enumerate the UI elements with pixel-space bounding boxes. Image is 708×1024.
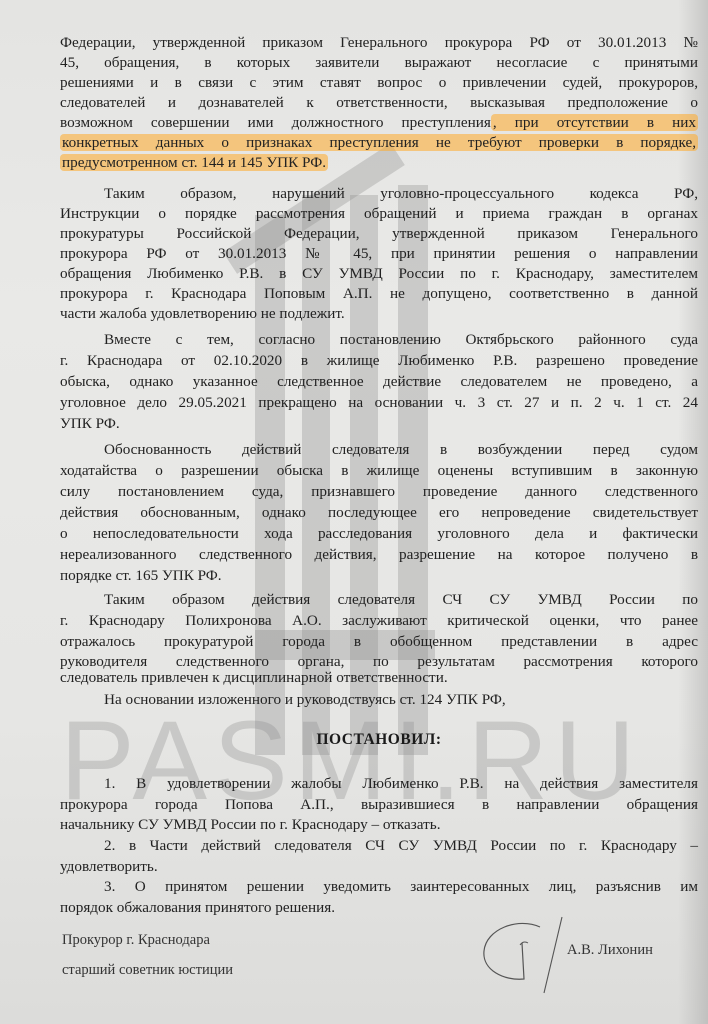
text-line: г. Краснодару Полихронова А.О. заслужива…: [60, 611, 698, 631]
text-line: силу постановлением суда, признавшего пр…: [60, 482, 698, 502]
text-line: прокурора г. Краснодара Поповым А.П. не …: [60, 284, 698, 304]
highlighted-text: , при отсутствии в них: [491, 114, 698, 131]
text-plain: возможном совершении ими должностного пр…: [60, 114, 491, 131]
text-line: части жалоба удовлетворению не подлежит.: [60, 304, 698, 324]
text-line: Таким образом, нарушений уголовно-процес…: [104, 184, 698, 204]
text-line: г. Краснодара от 02.10.2020 в жилище Люб…: [60, 351, 698, 371]
text-line-highlighted: предусмотренном ст. 144 и 145 УПК РФ.: [60, 153, 698, 173]
text-line: прокурора РФ от 30.01.2013 № 45, при при…: [60, 244, 698, 264]
text-line: порядке ст. 165 УПК РФ.: [60, 566, 698, 586]
text-line: 45, обращения, в которых заявители выраж…: [60, 53, 698, 73]
signatory-position: Прокурор г. Краснодара: [62, 930, 210, 950]
text-line: отражалось прокуратурой города в обобщен…: [60, 632, 698, 652]
resolution-item-line: начальнику СУ УМВД России по г. Краснода…: [60, 815, 698, 835]
text-line: Таким образом действия следователя СЧ СУ…: [104, 590, 698, 610]
text-line: Федерации, утвержденной приказом Генерал…: [60, 33, 698, 53]
text-line: прокуратуры Российской Федерации, утверж…: [60, 224, 698, 244]
text-line: Вместе с тем, согласно постановлению Окт…: [104, 330, 698, 350]
resolution-title: ПОСТАНОВИЛ:: [60, 730, 698, 750]
text-line-mixed: возможном совершении ими должностного пр…: [60, 113, 698, 133]
resolution-item-line: 1. В удовлетворении жалобы Любименко Р.В…: [104, 774, 698, 794]
signatory-rank: старший советник юстиции: [62, 960, 233, 980]
text-line: нереализованного следственного действия,…: [60, 545, 698, 565]
text-line: следователь привлечен к дисциплинарной о…: [60, 668, 698, 688]
text-line: ходатайства о разрешении обыска в жилище…: [60, 461, 698, 481]
resolution-item-line: 2. в Части действий следователя СЧ СУ УМ…: [104, 836, 698, 856]
text-line: На основании изложенного и руководствуяс…: [104, 690, 698, 710]
text-line: Обоснованность действий следователя в во…: [104, 440, 698, 460]
text-line: обыска, однако указанное следственное де…: [60, 372, 698, 392]
resolution-item-line: 3. О принятом решении уведомить заинтере…: [104, 877, 698, 897]
text-line: о непоследовательности хода расследовани…: [60, 524, 698, 544]
highlighted-text: предусмотренном ст. 144 и 145 УПК РФ.: [60, 154, 328, 171]
text-line: решениями и в связи с этим ставят вопрос…: [60, 73, 698, 93]
document-page: PASMI.RU Федерации, утвержденной приказо…: [0, 0, 708, 1024]
text-line: уголовное дело 29.05.2021 прекращено на …: [60, 393, 698, 413]
text-line: УПК РФ.: [60, 414, 698, 434]
highlighted-text: конкретных данных о признаках преступлен…: [60, 134, 698, 151]
text-line: действия обоснованным, однако последующе…: [60, 503, 698, 523]
text-line: Инструкции о порядке рассмотрения обраще…: [60, 204, 698, 224]
resolution-item-line: прокурора города Попова А.П., выразившие…: [60, 795, 698, 815]
signatory-name: А.В. Лихонин: [567, 942, 653, 959]
text-line: следователей и дознавателей к ответствен…: [60, 93, 698, 113]
resolution-item-line: удовлетворить.: [60, 857, 698, 877]
text-line: обращения Любименко Р.В. в СУ УМВД Росси…: [60, 264, 698, 284]
text-line-highlighted: конкретных данных о признаках преступлен…: [60, 133, 698, 153]
